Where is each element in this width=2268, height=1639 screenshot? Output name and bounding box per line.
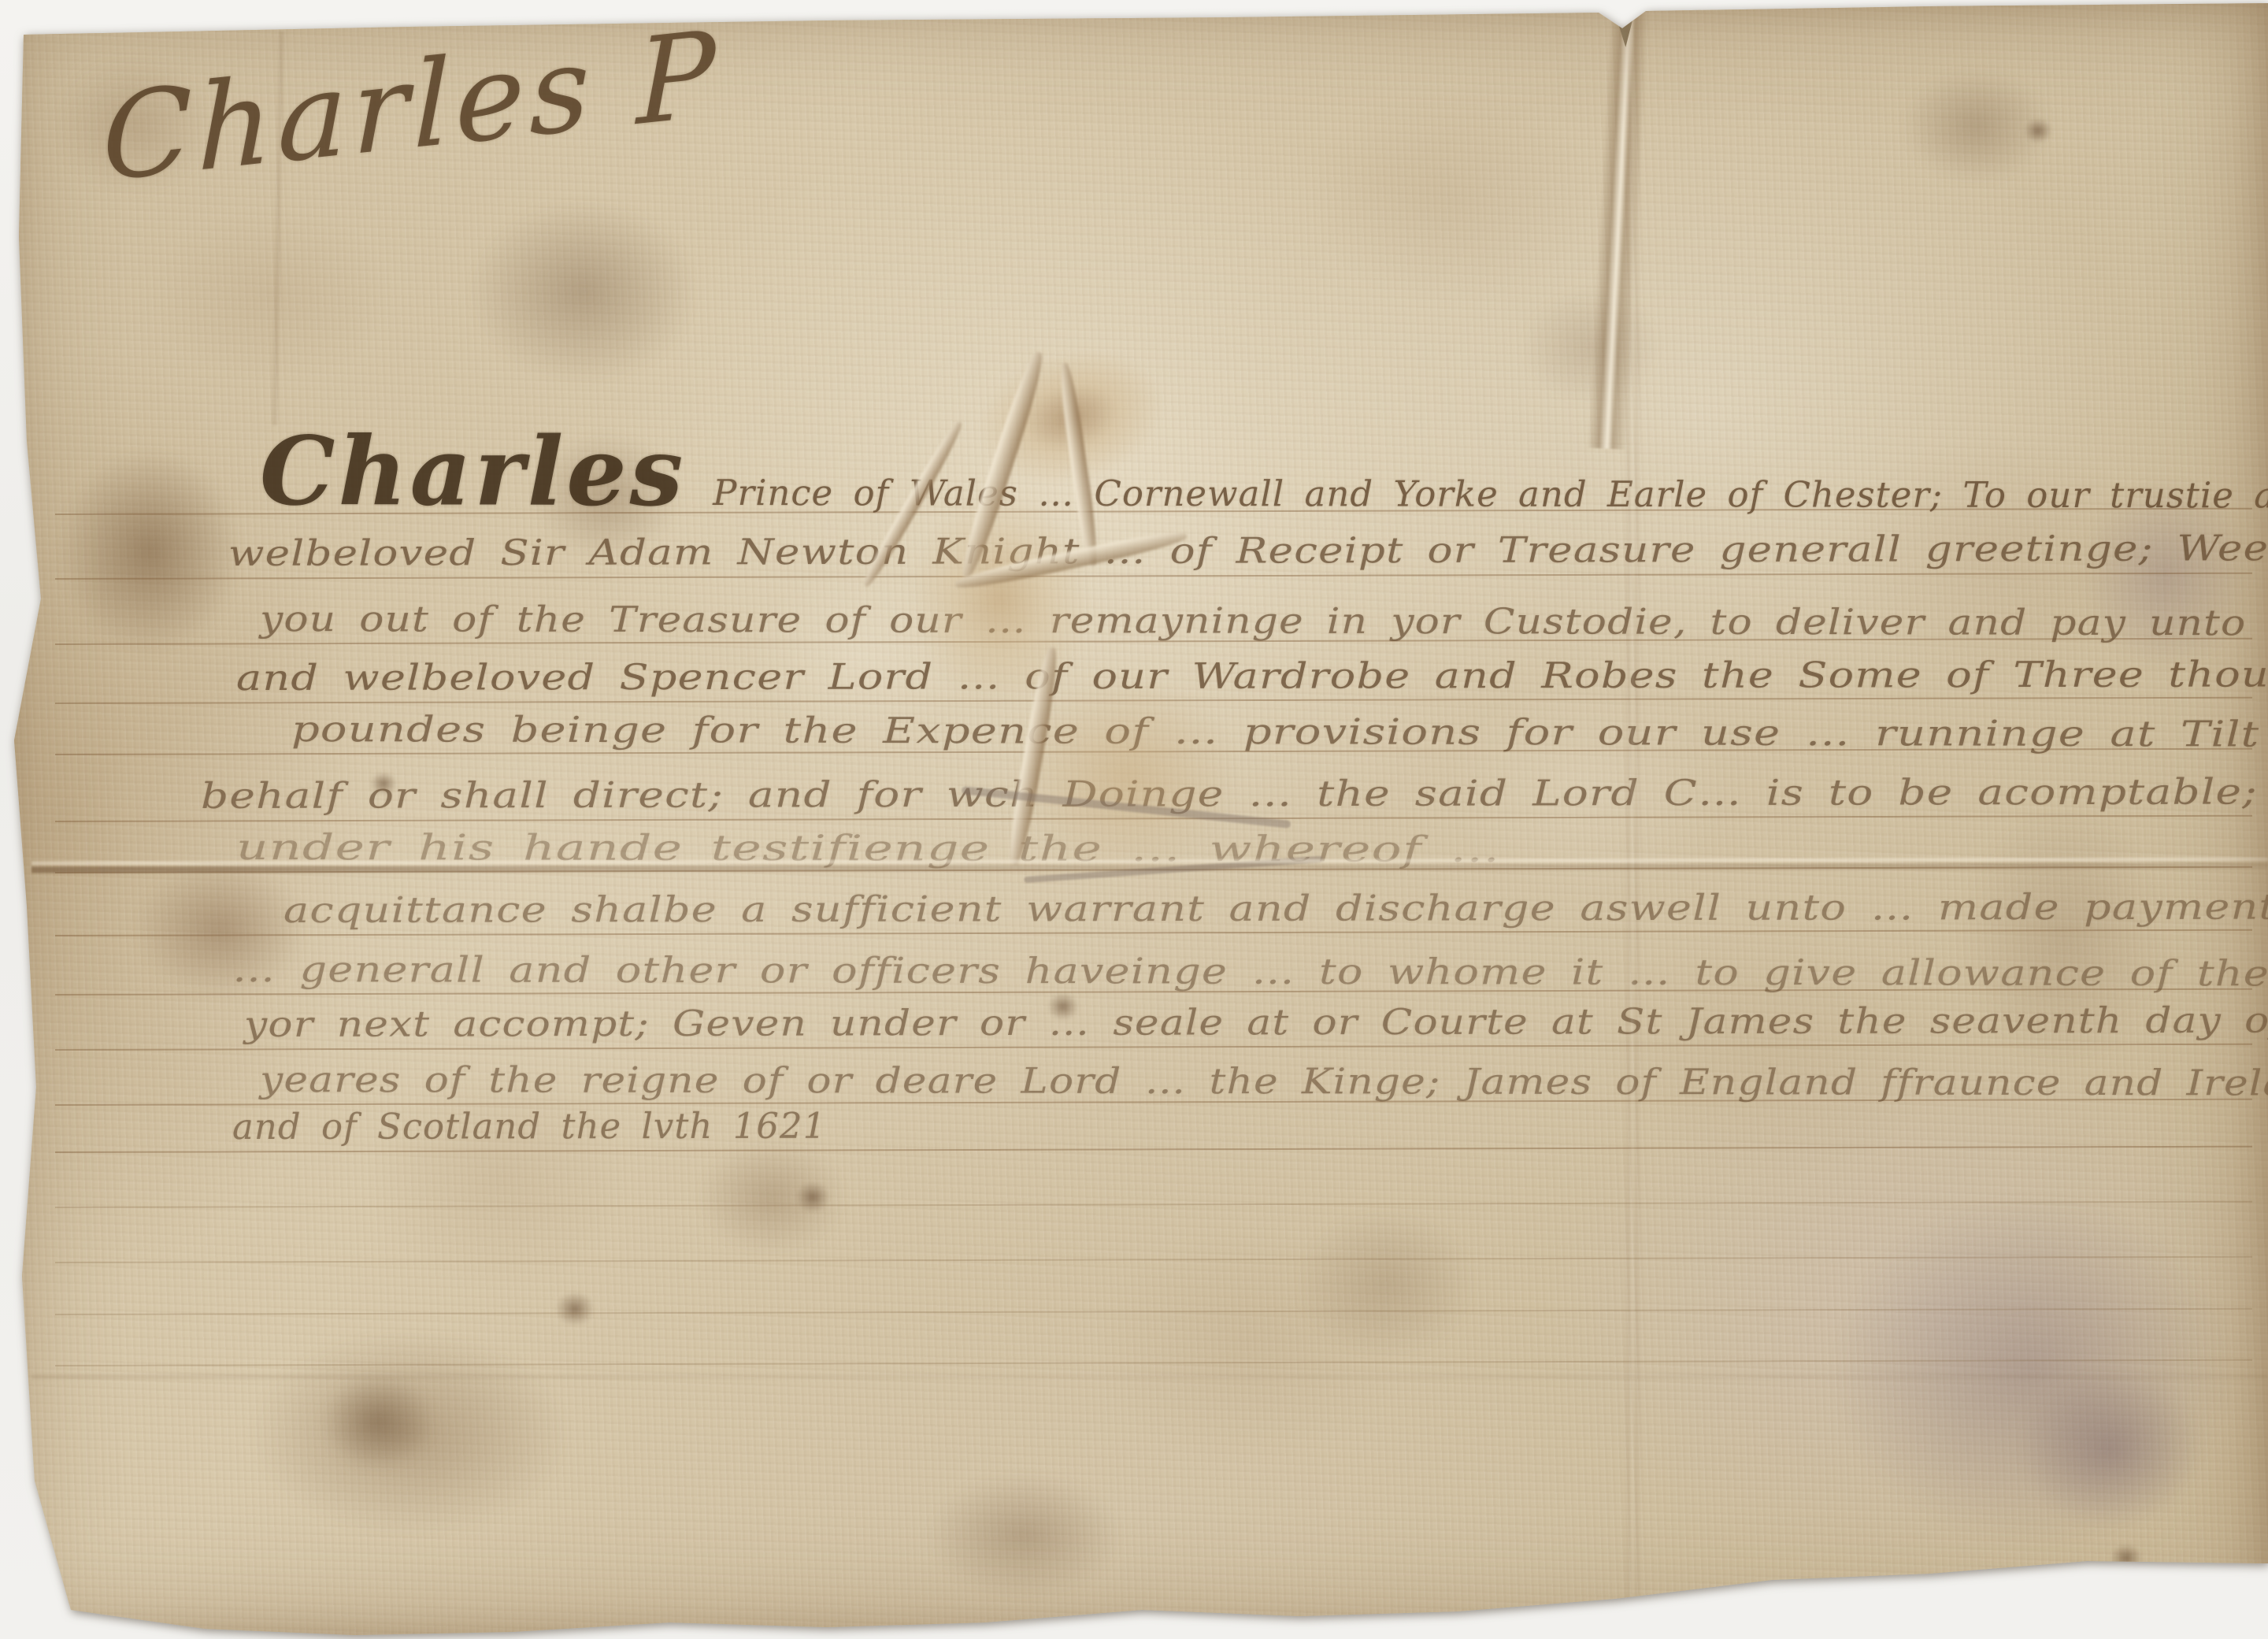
parchment-sheet: Charles P CharlesPrince of Wales … Corne… bbox=[0, 0, 2268, 1639]
text-line: and of Scotland the lvth 1621 bbox=[232, 1105, 826, 1148]
text-line: yor next accompt; Geven under or … seale… bbox=[244, 999, 2268, 1045]
opening-word: Charles bbox=[260, 416, 686, 528]
damaged-wrinkled-area bbox=[835, 315, 1323, 977]
text-line: yeares of the reigne of or deare Lord … … bbox=[260, 1059, 2268, 1104]
sheet-shadow-wrap: Charles P CharlesPrince of Wales … Corne… bbox=[0, 0, 2268, 1639]
vertical-fold-line bbox=[1624, 0, 1641, 1639]
scanner-background: Charles P CharlesPrince of Wales … Corne… bbox=[0, 0, 2268, 1639]
horizontal-fold-line bbox=[31, 1374, 2268, 1379]
